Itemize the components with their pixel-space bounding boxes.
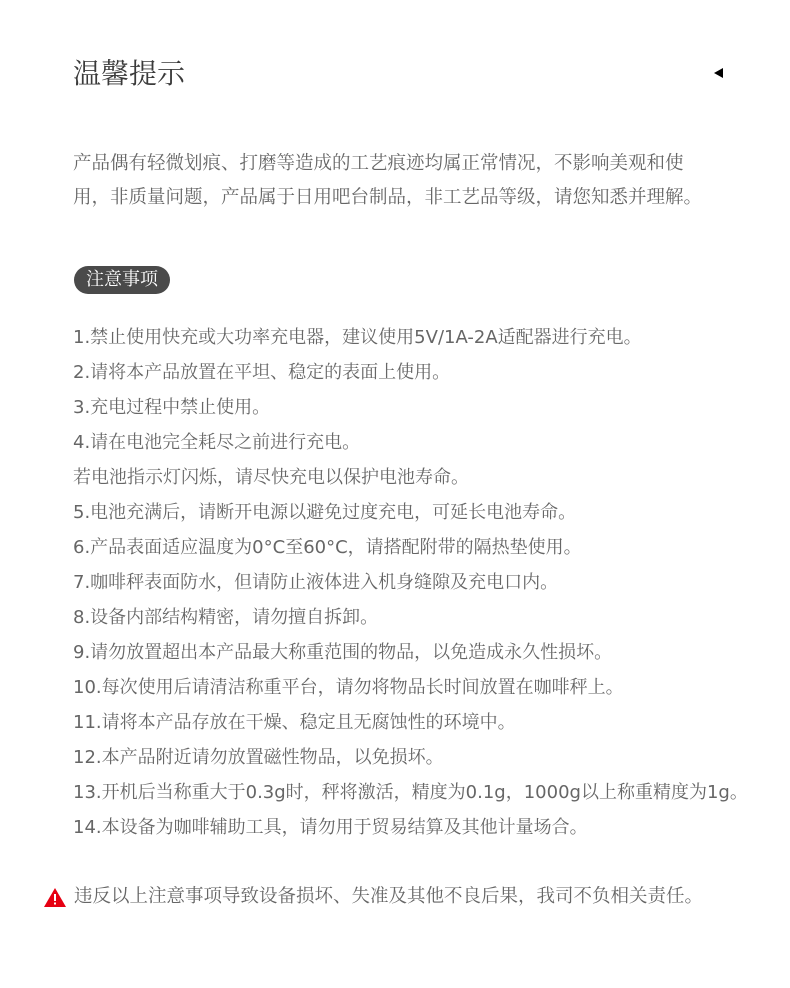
- note-item: 1.禁止使用快充或大功率充电器，建议使用5V/1A-2A适配器进行充电。: [73, 320, 773, 355]
- note-item: 13.开机后当称重大于0.3g时，秤将激活，精度为0.1g，1000g以上称重精…: [73, 775, 773, 810]
- note-item: 9.请勿放置超出本产品最大称重范围的物品，以免造成永久性损坏。: [73, 635, 773, 670]
- notes-list: 1.禁止使用快充或大功率充电器，建议使用5V/1A-2A适配器进行充电。 2.请…: [73, 320, 773, 845]
- note-item: 11.请将本产品存放在干燥、稳定且无腐蚀性的环境中。: [73, 705, 773, 740]
- note-item: 若电池指示灯闪烁，请尽快充电以保护电池寿命。: [73, 460, 773, 495]
- note-item: 3.充电过程中禁止使用。: [73, 390, 773, 425]
- note-item: 12.本产品附近请勿放置磁性物品，以免损坏。: [73, 740, 773, 775]
- note-item: 10.每次使用后请清洁称重平台，请勿将物品长时间放置在咖啡秤上。: [73, 670, 773, 705]
- intro-line: 用，非质量问题，产品属于日用吧台制品，非工艺品等级，请您知悉并理解。: [73, 181, 753, 215]
- note-item: 4.请在电池完全耗尽之前进行充电。: [73, 425, 773, 460]
- notes-badge: 注意事项: [74, 266, 170, 294]
- warning-notice: 违反以上注意事项导致设备损坏、失准及其他不良后果，我司不负相关责任。: [44, 882, 703, 912]
- note-item: 6.产品表面适应温度为0°C至60°C，请搭配附带的隔热垫使用。: [73, 530, 773, 565]
- warning-triangle-icon: [44, 888, 66, 907]
- note-item: 8.设备内部结构精密，请勿擅自拆卸。: [73, 600, 773, 635]
- intro-paragraph: 产品偶有轻微划痕、打磨等造成的工艺痕迹均属正常情况，不影响美观和使 用，非质量问…: [73, 147, 753, 215]
- note-item: 2.请将本产品放置在平坦、稳定的表面上使用。: [73, 355, 773, 390]
- intro-line: 产品偶有轻微划痕、打磨等造成的工艺痕迹均属正常情况，不影响美观和使: [73, 147, 753, 181]
- note-item: 5.电池充满后，请断开电源以避免过度充电，可延长电池寿命。: [73, 495, 773, 530]
- note-item: 14.本设备为咖啡辅助工具，请勿用于贸易结算及其他计量场合。: [73, 810, 773, 845]
- page-title: 温馨提示: [73, 54, 185, 94]
- warning-text: 违反以上注意事项导致设备损坏、失准及其他不良后果，我司不负相关责任。: [74, 882, 703, 912]
- triangle-left-icon[interactable]: [714, 68, 723, 78]
- note-item: 7.咖啡秤表面防水，但请防止液体进入机身缝隙及充电口内。: [73, 565, 773, 600]
